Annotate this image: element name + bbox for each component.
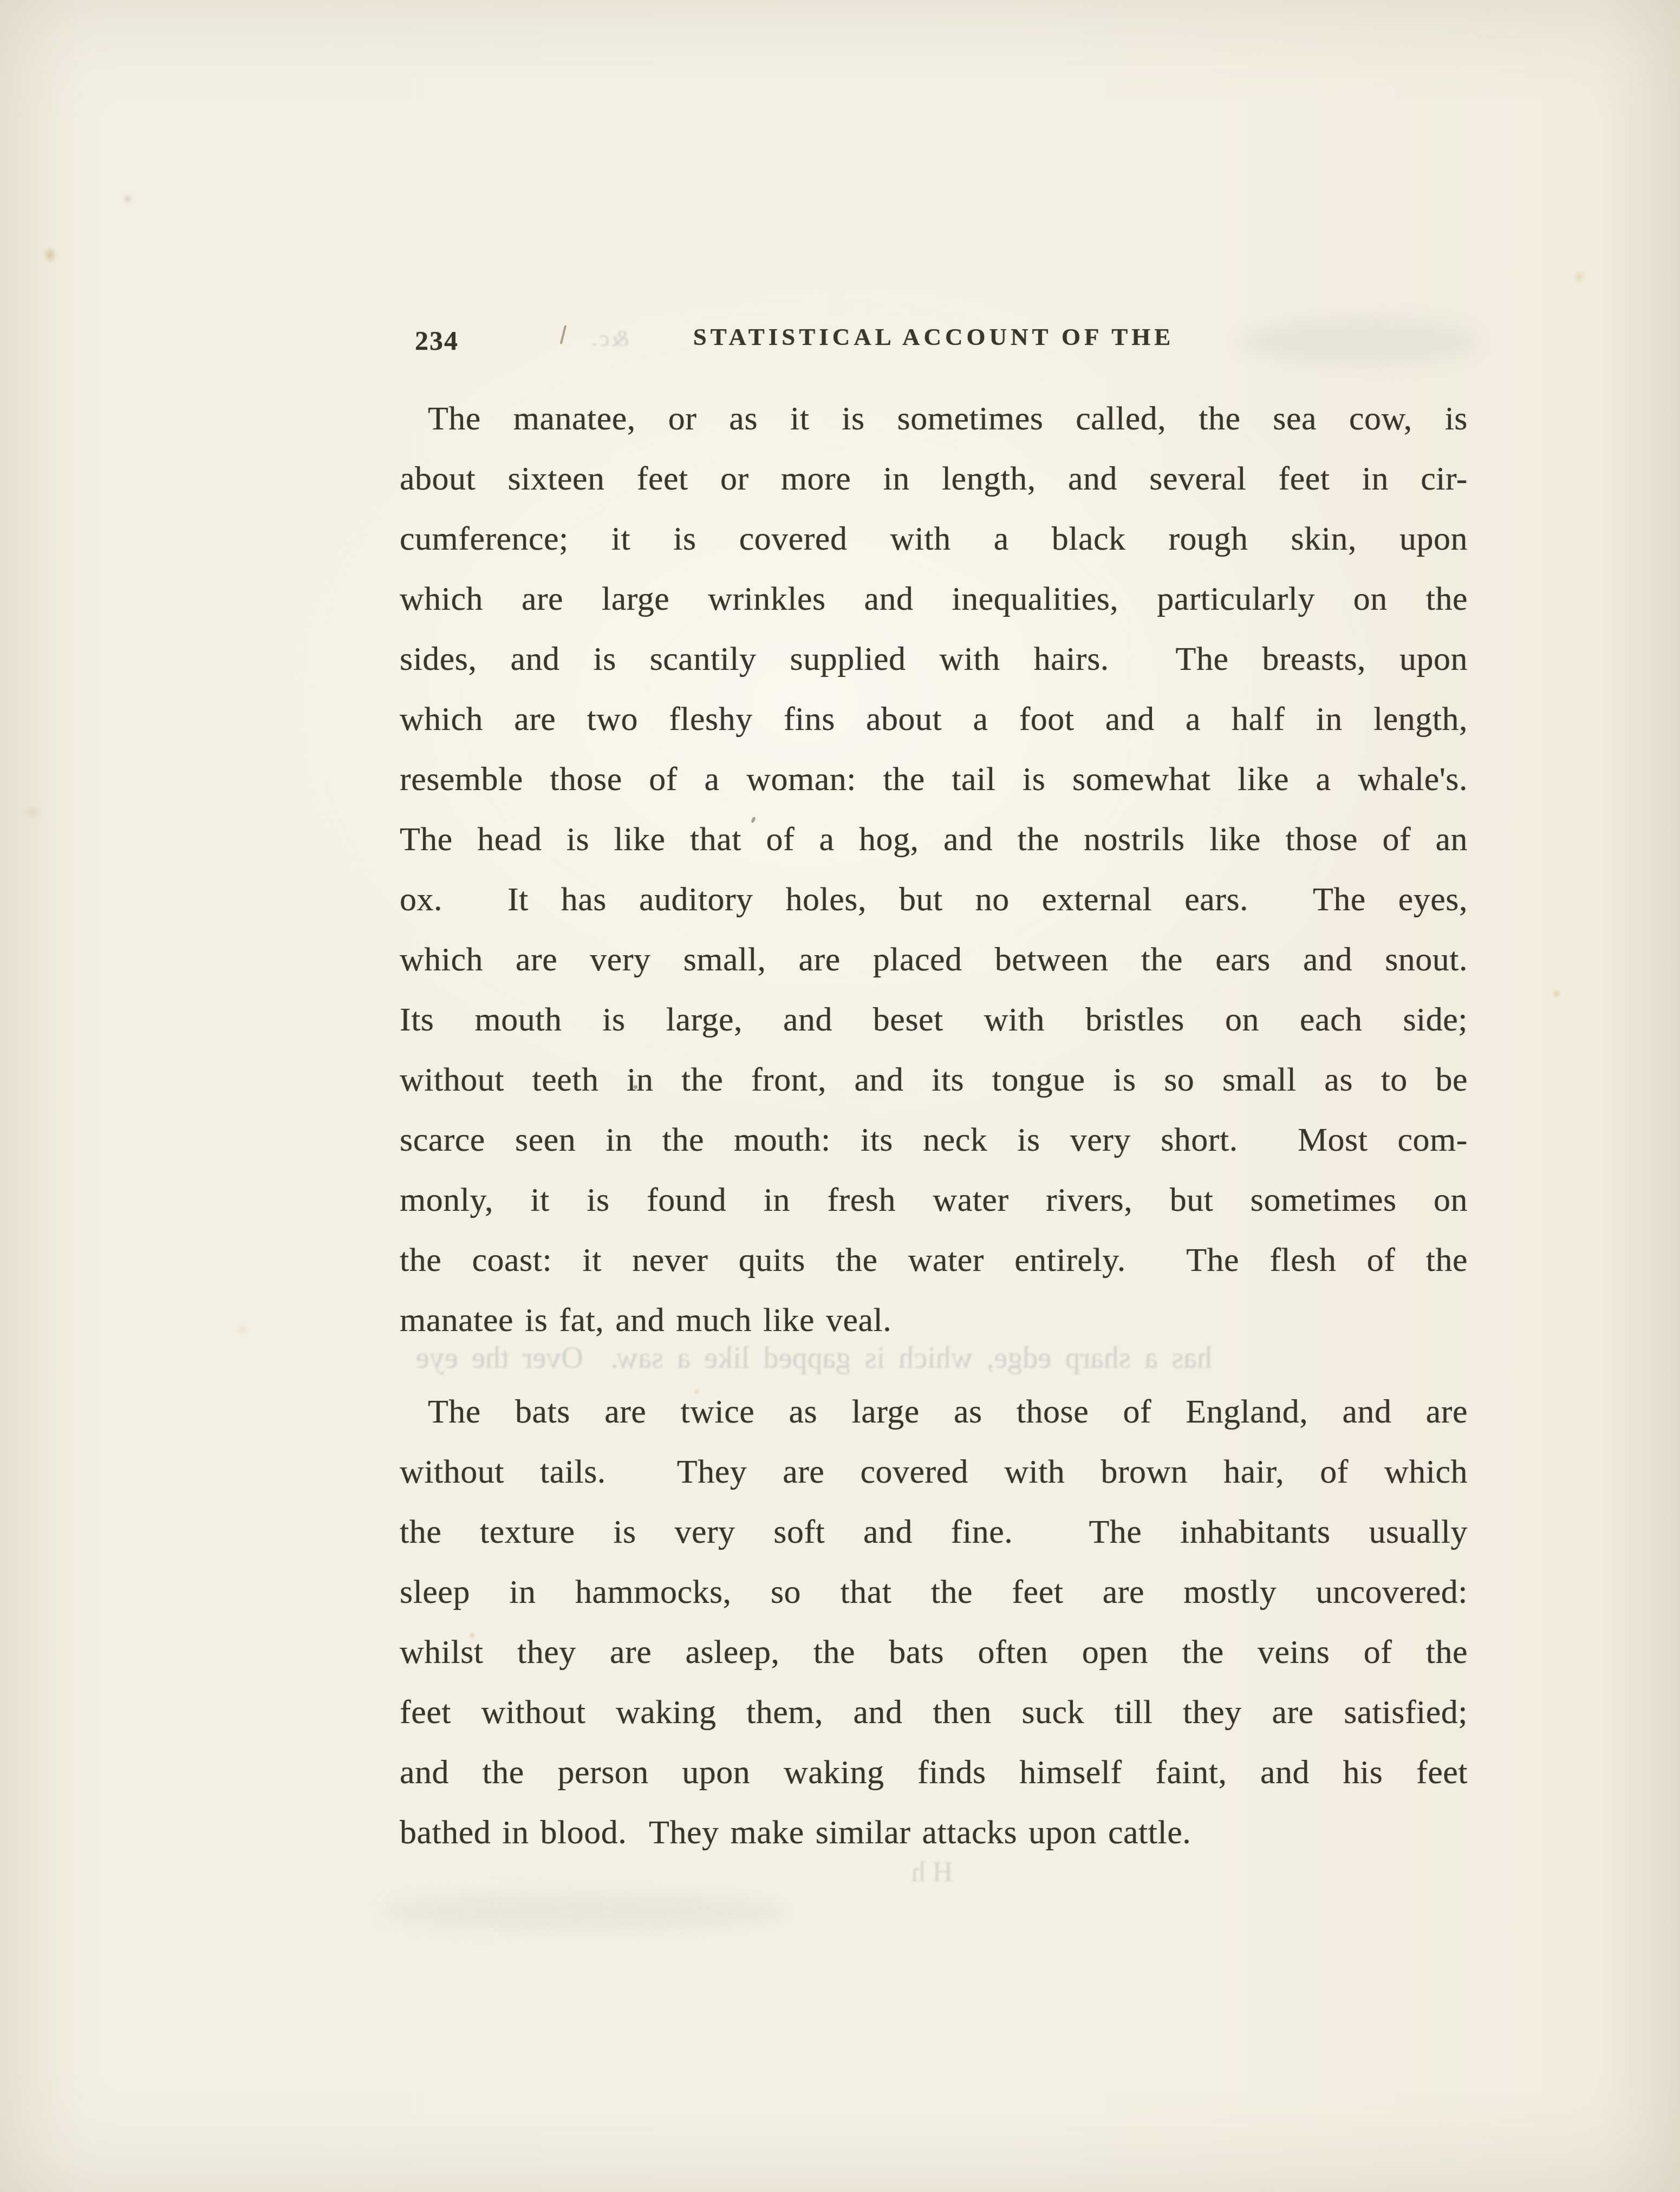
- text-line: ox. It has auditory holes, but no extern…: [400, 870, 1468, 930]
- text-line: which are very small, are placed between…: [400, 930, 1468, 990]
- text-line: The head is like that of a hog, and the …: [400, 810, 1468, 870]
- text-line: whilst they are asleep, the bats often o…: [400, 1622, 1468, 1682]
- show-through-signature: H h: [886, 1856, 978, 1888]
- text-line: the texture is very soft and fine. The i…: [400, 1502, 1468, 1562]
- text-line: and the person upon waking finds himself…: [400, 1743, 1468, 1803]
- text-line: which are two fleshy fins about a foot a…: [400, 689, 1468, 749]
- text-line: which are large wrinkles and inequalitie…: [400, 569, 1468, 629]
- text-line: sides, and is scantily supplied with hai…: [400, 629, 1468, 689]
- text-line: scarce seen in the mouth: its neck is ve…: [400, 1110, 1468, 1170]
- paragraph: The manatee, or as it is sometimes calle…: [400, 389, 1468, 1351]
- page-text: The manatee, or as it is sometimes calle…: [400, 389, 1468, 1863]
- text-line: resemble those of a woman: the tail is s…: [400, 749, 1468, 810]
- text-line: about sixteen feet or more in length, an…: [400, 449, 1468, 509]
- text-line: The manatee, or as it is sometimes calle…: [400, 389, 1468, 449]
- page-number: 234: [415, 325, 459, 356]
- text-line: sleep in hammocks, so that the feet are …: [400, 1562, 1468, 1622]
- book-page-scan: 234 STATISTICAL ACCOUNT OF THE &c. The m…: [0, 0, 1680, 2192]
- show-through-header-text: &c.: [589, 326, 629, 352]
- text-line: Its mouth is large, and beset with brist…: [400, 990, 1468, 1050]
- text-line: cumference; it is covered with a black r…: [400, 509, 1468, 569]
- show-through-text: has a sharp edge, which is gapped like a…: [416, 1336, 1212, 1380]
- paragraph: The bats are twice as large as those of …: [400, 1382, 1468, 1863]
- text-line: without tails. They are covered with bro…: [400, 1442, 1468, 1502]
- text-line: the coast: it never quits the water enti…: [400, 1230, 1468, 1290]
- show-through-smudge-bottom: [382, 1893, 789, 1930]
- text-line: monly, it is found in fresh water rivers…: [400, 1170, 1468, 1230]
- text-line: without teeth in the front, and its tong…: [400, 1050, 1468, 1110]
- text-line: feet without waking them, and then suck …: [400, 1682, 1468, 1743]
- text-line: The bats are twice as large as those of …: [400, 1382, 1468, 1442]
- text-line: bathed in blood. They make similar attac…: [400, 1803, 1468, 1863]
- show-through-smudge-header: [1243, 319, 1476, 364]
